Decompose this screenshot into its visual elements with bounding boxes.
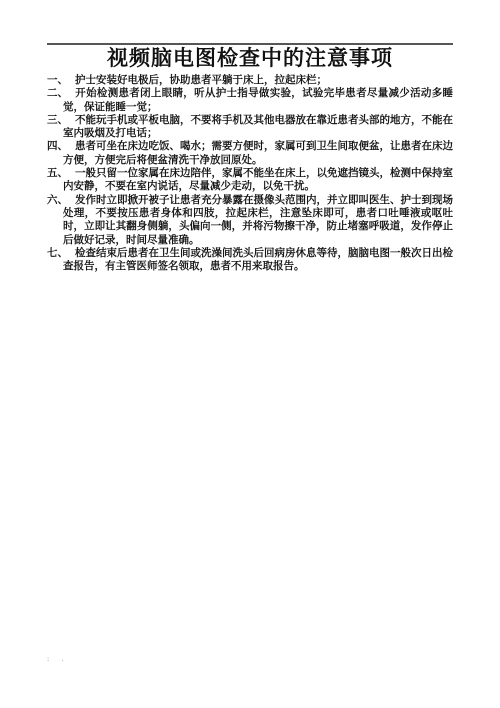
item-text: 检查结束后患者在卫生间或洗澡间洗头后回病房休息等待，脑脑电图一般次日出检查报告，… bbox=[63, 248, 453, 272]
list-item: 七、检查结束后患者在卫生间或洗澡间洗头后回病房休息等待，脑脑电图一般次日出检查报… bbox=[63, 247, 453, 274]
item-text: 一般只留一位家属在床边陪伴，家属不能坐在床上，以免遮挡镜头，检测中保持室内安静，… bbox=[63, 168, 453, 192]
list-item: 二、开始检测患者闭上眼睛，听从护士指导做实验，试验完毕患者尽量减少活动多睡觉，保… bbox=[63, 87, 453, 114]
item-number: 五、 bbox=[47, 167, 75, 180]
notes-list: 一、护士安装好电极后，协助患者平躺于床上，拉起床栏； 二、开始检测患者闭上眼睛，… bbox=[47, 74, 453, 273]
item-number: 一、 bbox=[47, 74, 75, 87]
item-text: 不能玩手机或平板电脑，不要将手机及其他电器放在靠近患者头部的地方，不能在室内吸烟… bbox=[63, 115, 453, 139]
item-number: 二、 bbox=[47, 87, 75, 100]
item-text: 发作时立即掀开被子让患者充分暴露在摄像头范围内，并立即叫医生、护士到现场处理，不… bbox=[63, 195, 453, 246]
list-item: 四、患者可坐在床边吃饭、喝水；需要方便时，家属可到卫生间取便盆，让患者在床边方便… bbox=[63, 140, 453, 167]
list-item: 一、护士安装好电极后，协助患者平躺于床上，拉起床栏； bbox=[63, 74, 453, 87]
footer-mark: : . bbox=[46, 655, 68, 663]
list-item: 五、一般只留一位家属在床边陪伴，家属不能坐在床上，以免遮挡镜头，检测中保持室内安… bbox=[63, 167, 453, 194]
item-text: 护士安装好电极后，协助患者平躺于床上，拉起床栏； bbox=[75, 75, 327, 86]
item-text: 患者可坐在床边吃饭、喝水；需要方便时，家属可到卫生间取便盆，让患者在床边方便，方… bbox=[63, 141, 453, 165]
document-title: 视频脑电图检查中的注意事项 bbox=[0, 0, 500, 70]
item-number: 四、 bbox=[47, 140, 75, 153]
item-number: 六、 bbox=[47, 194, 75, 207]
item-number: 七、 bbox=[47, 247, 75, 260]
item-text: 开始检测患者闭上眼睛，听从护士指导做实验，试验完毕患者尽量减少活动多睡觉，保证能… bbox=[63, 88, 453, 112]
list-item: 六、发作时立即掀开被子让患者充分暴露在摄像头范围内，并立即叫医生、护士到现场处理… bbox=[63, 194, 453, 247]
title-top-border bbox=[47, 43, 453, 45]
item-number: 三、 bbox=[47, 114, 75, 127]
document-page: 视频脑电图检查中的注意事项 一、护士安装好电极后，协助患者平躺于床上，拉起床栏；… bbox=[0, 0, 500, 708]
list-item: 三、不能玩手机或平板电脑，不要将手机及其他电器放在靠近患者头部的地方，不能在室内… bbox=[63, 114, 453, 141]
